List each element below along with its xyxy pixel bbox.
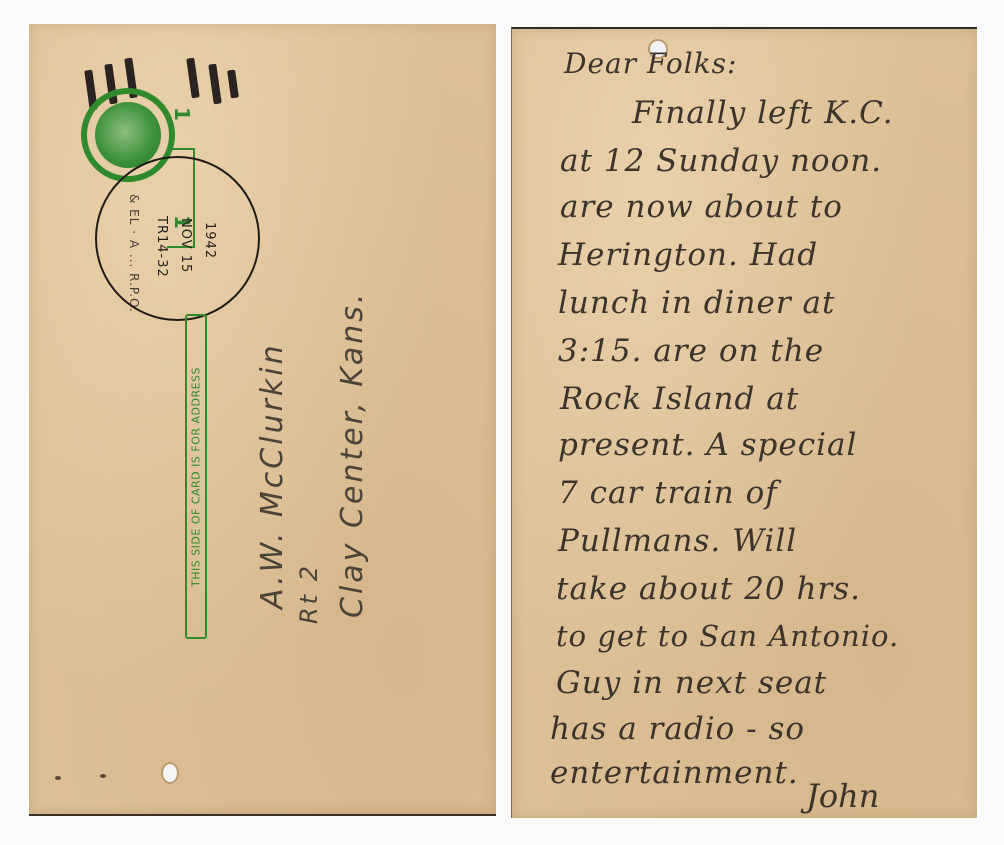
message-line: to get to San Antonio. xyxy=(556,619,899,653)
cancellation-bar xyxy=(186,58,199,99)
address-side-label: THIS SIDE OF CARD IS FOR ADDRESS xyxy=(185,314,207,639)
postmark-ring-text: & EL · A ... R.P.O. xyxy=(127,194,141,313)
message-line: Rock Island at xyxy=(560,381,799,417)
message-line: lunch in diner at xyxy=(558,285,835,321)
jefferson-portrait-icon xyxy=(95,102,161,168)
pin-hole xyxy=(55,776,61,780)
message-line: Herington. Had xyxy=(558,237,818,273)
message-line: Finally left K.C. xyxy=(632,95,894,131)
message-line: 3:15. are on the xyxy=(558,333,824,369)
postcard-back: Dear Folks: Finally left K.C. at 12 Sund… xyxy=(511,27,977,818)
address-route: Rt 2 xyxy=(295,563,323,624)
message-line: present. A special xyxy=(558,427,857,463)
address-city: Clay Center, Kans. xyxy=(335,291,370,618)
stamp-value: 1 xyxy=(170,107,194,121)
message-line: are now about to xyxy=(560,189,843,225)
cancellation-bar xyxy=(208,64,221,105)
message-line: has a radio - so xyxy=(550,711,805,747)
punch-hole xyxy=(163,764,177,782)
signature: John xyxy=(806,777,879,815)
address-side-label-text: THIS SIDE OF CARD IS FOR ADDRESS xyxy=(190,366,203,586)
message-line: take about 20 hrs. xyxy=(556,571,861,607)
message-line: at 12 Sunday noon. xyxy=(560,143,882,179)
message-line: Pullmans. Will xyxy=(558,523,797,559)
message-line: 7 car train of xyxy=(558,475,778,511)
address-name: A.W. McClurkin xyxy=(255,342,290,609)
salutation: Dear Folks: xyxy=(564,47,737,80)
postmark-train: TR14-32 xyxy=(154,216,169,278)
message-line: Guy in next seat xyxy=(556,665,827,701)
postmark-year: 1942 xyxy=(202,222,217,259)
message-line: entertainment. xyxy=(550,755,799,791)
cancellation-bar xyxy=(227,70,239,99)
postmark: TR14-32 NOV 15 1942 & EL · A ... R.P.O. xyxy=(95,156,260,321)
pin-hole xyxy=(100,774,106,778)
postcard-front: 1 1 TR14-32 NOV 15 1942 & EL · A ... R.P… xyxy=(29,24,496,816)
postmark-date: NOV 15 xyxy=(178,218,193,273)
